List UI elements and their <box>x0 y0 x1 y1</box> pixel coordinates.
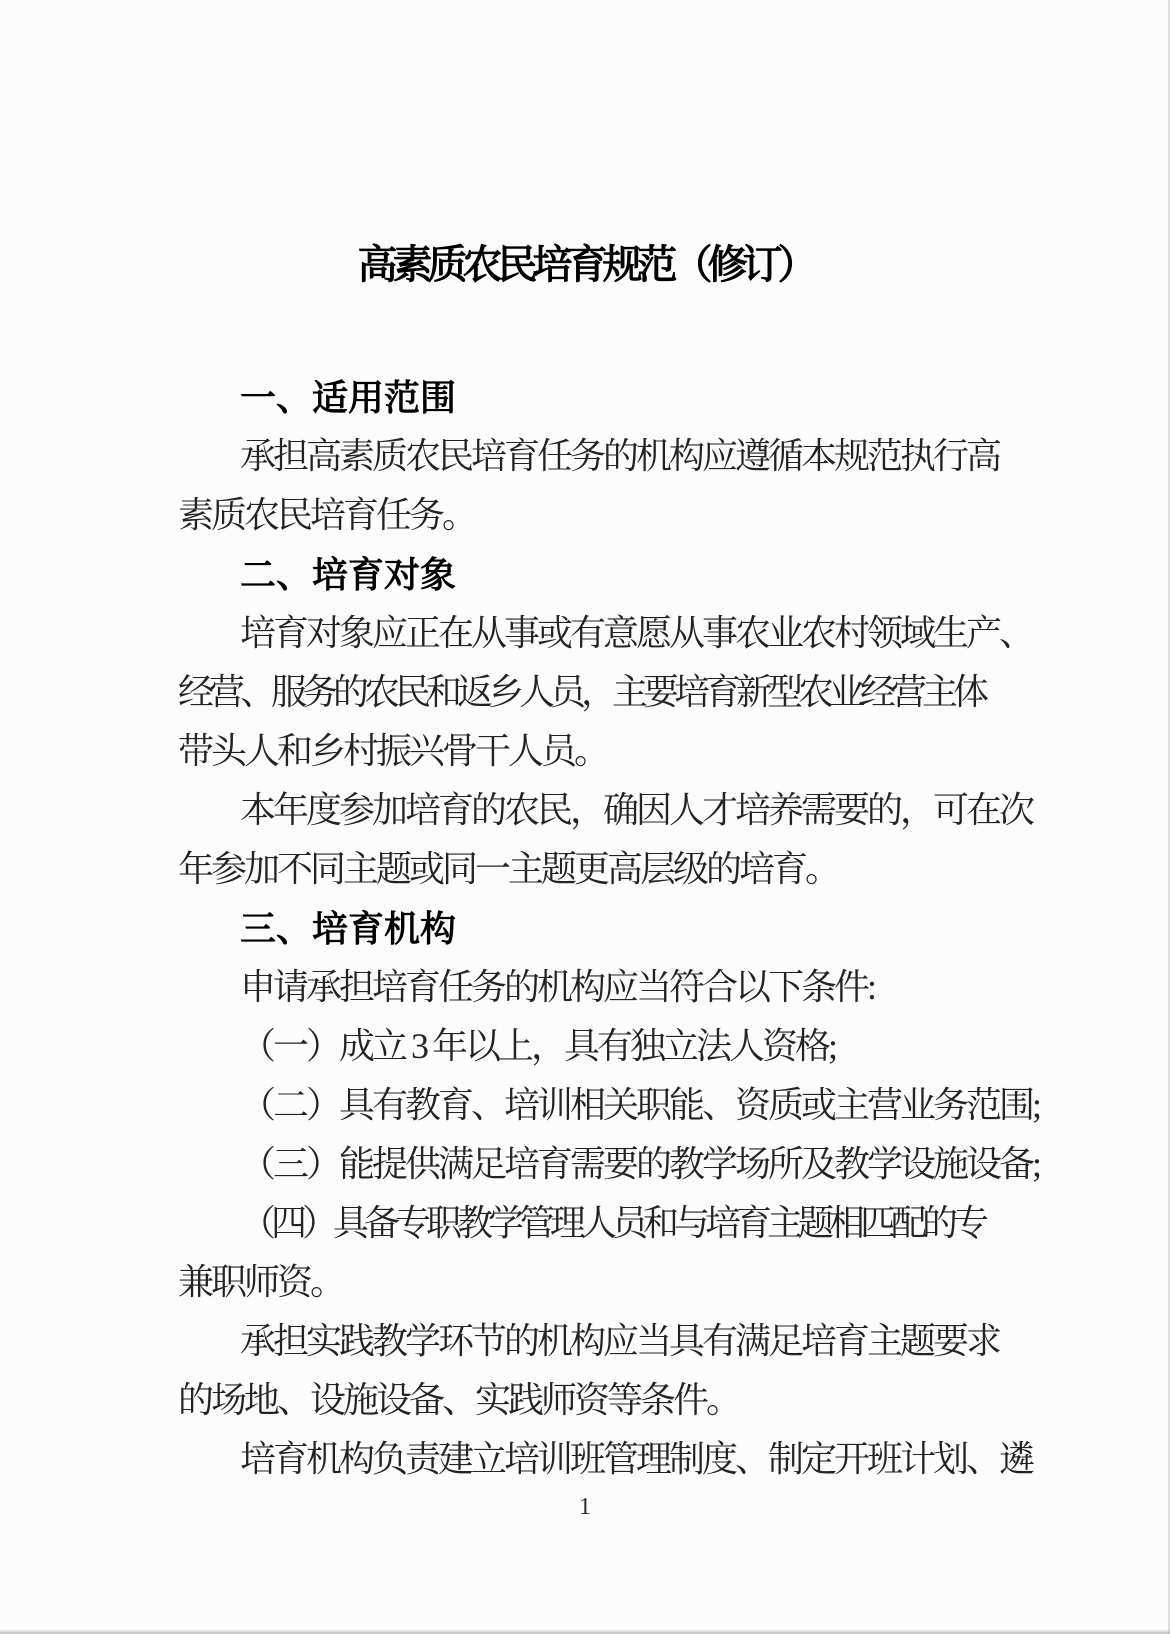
section-heading: 三、培育机构 <box>0 899 1170 958</box>
text-line: （四）具备专职教学管理人员和与培育主题相匹配的专 <box>0 1194 1170 1253</box>
text-line: 承担高素质农民培育任务的机构应遵循本规范执行高 <box>0 427 1170 486</box>
text-line: （三）能提供满足培育需要的教学场所及教学设施设备; <box>0 1135 1170 1194</box>
section-heading: 一、适用范围 <box>0 368 1170 427</box>
text-line: 兼职师资。 <box>0 1253 1170 1312</box>
text-line: 本年度参加培育的农民，确因人才培养需要的，可在次 <box>0 781 1170 840</box>
text-line: 经营、服务的农民和返乡人员，主要培育新型农业经营主体 <box>0 663 1170 722</box>
text-line: 年参加不同主题或同一主题更高层级的培育。 <box>0 840 1170 899</box>
text-line: 的场地、设施设备、实践师资等条件。 <box>0 1371 1170 1430</box>
page-number: 1 <box>0 1492 1170 1522</box>
scan-edge-bottom <box>0 1629 1170 1634</box>
text-line: 申请承担培育任务的机构应当符合以下条件: <box>0 958 1170 1017</box>
scanned-document-page: 高素质农民培育规范（修订） 一、适用范围承担高素质农民培育任务的机构应遵循本规范… <box>0 0 1170 1634</box>
document-body: 一、适用范围承担高素质农民培育任务的机构应遵循本规范执行高素质农民培育任务。二、… <box>0 368 1170 1489</box>
text-line: 带头人和乡村振兴骨干人员。 <box>0 722 1170 781</box>
text-line: 素质农民培育任务。 <box>0 486 1170 545</box>
section-heading: 二、培育对象 <box>0 545 1170 604</box>
text-line: （二）具有教育、培训相关职能、资质或主营业务范围; <box>0 1076 1170 1135</box>
document-title: 高素质农民培育规范（修订） <box>0 236 1170 294</box>
text-line: 培育对象应正在从事或有意愿从事农业农村领域生产、 <box>0 604 1170 663</box>
text-line: 培育机构负责建立培训班管理制度、制定开班计划、遴 <box>0 1430 1170 1489</box>
text-line: 承担实践教学环节的机构应当具有满足培育主题要求 <box>0 1312 1170 1371</box>
text-line: （一）成立 3 年以上，具有独立法人资格; <box>0 1017 1170 1076</box>
